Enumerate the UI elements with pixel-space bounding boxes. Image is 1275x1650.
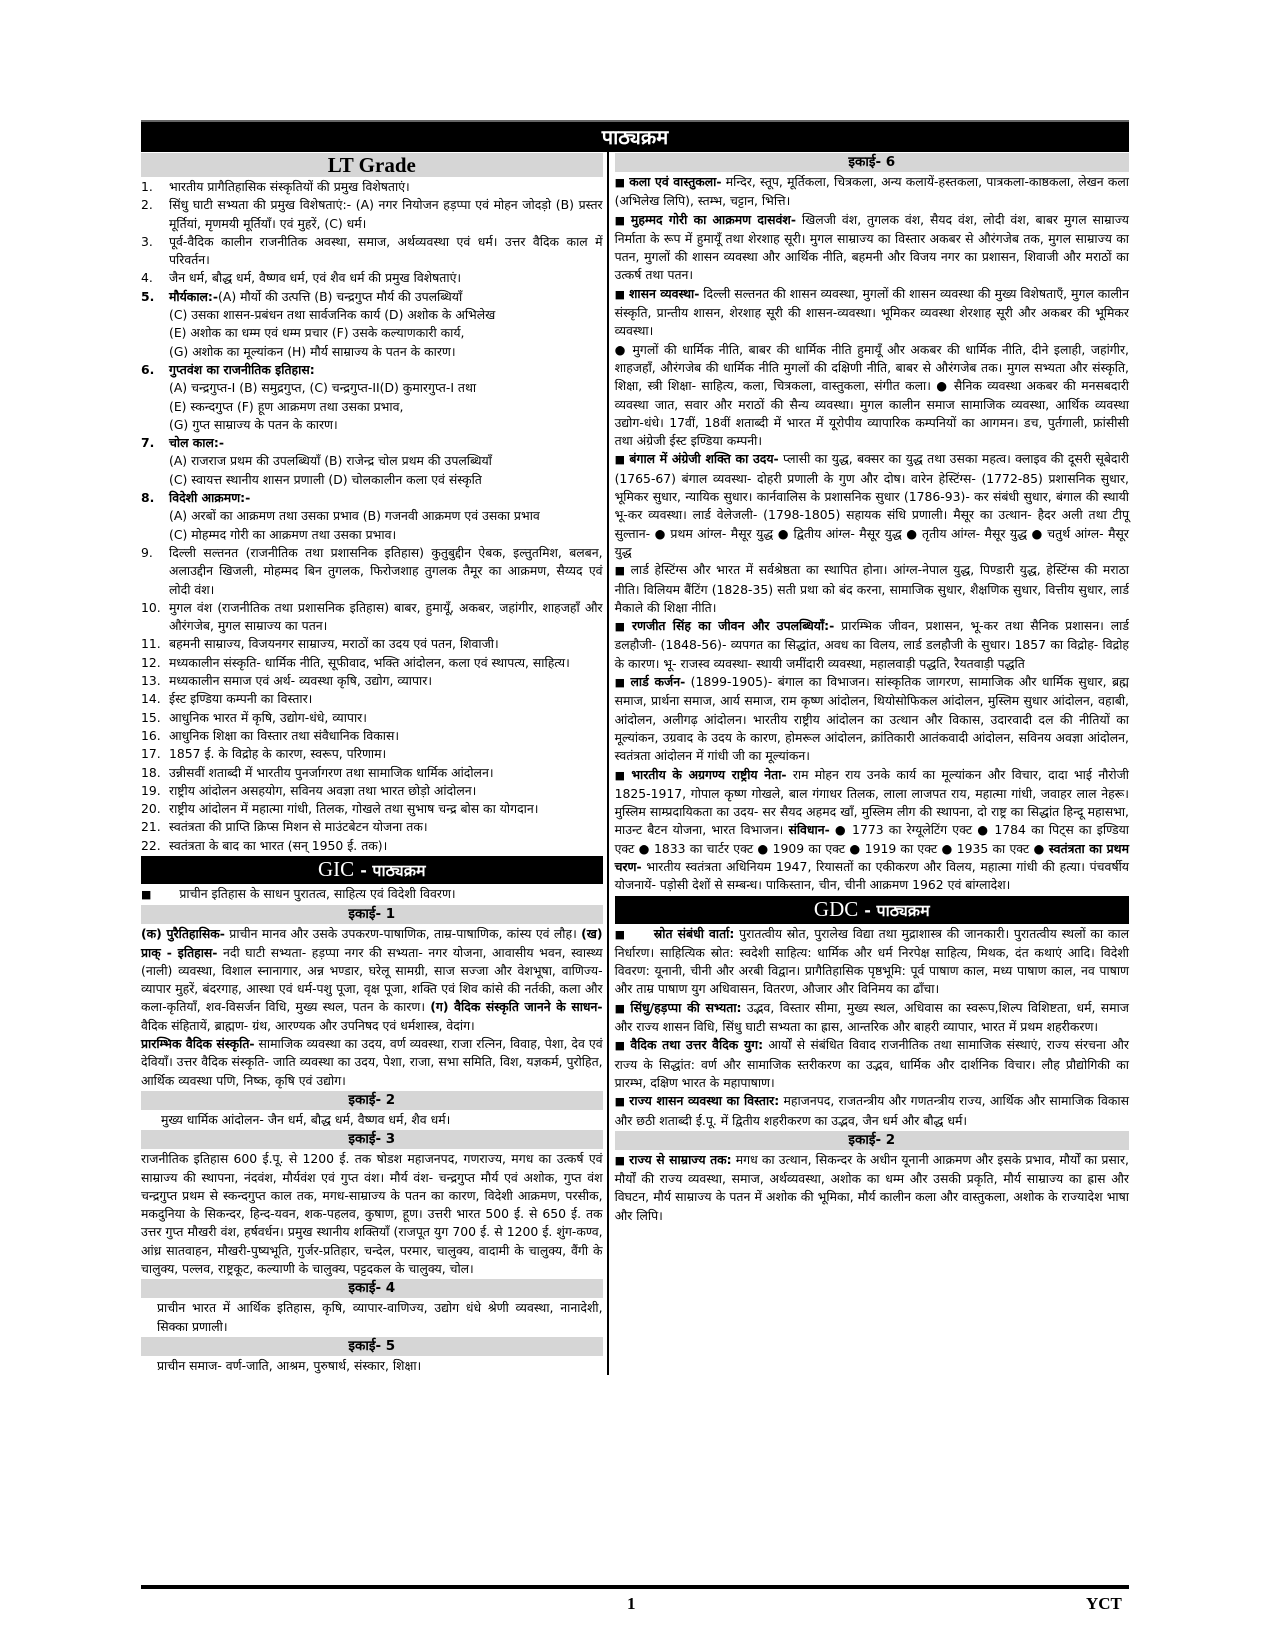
gic-unit2-text: मुख्य धार्मिक आंदोलन- जैन धर्म, बौद्ध धर… [141, 1111, 603, 1129]
item-heading: चोल काल:- [169, 434, 603, 452]
item-number: 17. [141, 745, 169, 763]
list-item: 10.मुगल वंश (राजनीतिक तथा प्रशासनिक इतिह… [141, 599, 603, 636]
para-text: (1899-1905)- बंगाल का विभाजन। सांस्कृतिक… [615, 674, 1129, 763]
square-bullet-icon: ■ [615, 288, 625, 301]
list-item: 21.स्वतंत्रता की प्राप्ति क्रिप्स मिशन स… [141, 818, 603, 836]
bold-term: राज्य शासन व्यवस्था का विस्तार: [629, 1093, 779, 1108]
item-number: 15. [141, 709, 169, 727]
list-item: 4.जैन धर्म, बौद्ध धर्म, वैष्णव धर्म, एवं… [141, 269, 603, 287]
unit-heading: इकाई- 5 [141, 1337, 603, 1356]
item-text: दिल्ली सल्तनत (राजनीतिक तथा प्रशासनिक इत… [169, 544, 603, 599]
item-number: 19. [141, 782, 169, 800]
gic-unit1-para1: (क) पुरैतिहासिक- प्राचीन मानव और उसके उप… [141, 925, 603, 1035]
para-text: वैदिक संहितायें, ब्राह्मण- ग्रंथ, आरण्यक… [141, 1018, 475, 1033]
list-item: 1.भारतीय प्रागैतिहासिक संस्कृतियों की प्… [141, 178, 603, 196]
gdc-block: ■स्रोत संबंधी वार्ता: पुरातत्वीय स्रोत, … [615, 925, 1129, 999]
item-number: 9. [141, 544, 169, 599]
item-number: 5. [141, 288, 169, 306]
gdc-block: ■वैदिक तथा उत्तर वैदिक युग: आर्यों से सं… [615, 1036, 1129, 1092]
item-subline: (C) मोहम्मद गोरी का आक्रमण तथा उसका प्रभ… [141, 526, 603, 544]
item-subline: (A) मौर्यो की उत्पत्ति (B) चन्द्रगुप्त म… [218, 289, 462, 304]
lt-grade-list: 1.भारतीय प्रागैतिहासिक संस्कृतियों की प्… [141, 178, 603, 306]
item-text: राष्ट्रीय आंदोलन में महात्मा गांधी, तिलक… [169, 800, 603, 818]
list-item: 18.उन्नीसवीं शताब्दी में भारतीय पुनर्जाग… [141, 764, 603, 782]
lt-grade-heading: LT Grade [141, 153, 603, 177]
unit-heading: इकाई- 2 [615, 1131, 1129, 1150]
gic-heading: GIC - पाठ्यक्रम [141, 856, 603, 884]
para-text: प्राचीन मानव और उसके उपकरण-पाषाणिक, ताम्… [225, 926, 581, 941]
item-number: 14. [141, 690, 169, 708]
item-text: भारतीय प्रागैतिहासिक संस्कृतियों की प्रम… [169, 178, 603, 196]
square-bullet-icon: ■ [615, 620, 628, 633]
bold-term: सिंधु/हड़प्पा की सभ्यता: [630, 1000, 741, 1015]
list-item: 13.मध्यकालीन समाज एवं अर्थ- व्यवस्था कृष… [141, 672, 603, 690]
item-subline: (C) स्वायत्त स्थानीय शासन प्रणाली (D) चो… [141, 471, 603, 489]
item-number: 21. [141, 818, 169, 836]
footer-divider [141, 1585, 1129, 1589]
lt-grade-list-cont: 7.चोल काल:- [141, 434, 603, 452]
gdc-unit2-block: ■राज्य से साम्राज्य तक: मगध का उत्थान, स… [615, 1151, 1129, 1225]
list-item-chola: 7.चोल काल:- [141, 434, 603, 452]
unit6-block: ■बंगाल में अंग्रेजी शक्ति का उदय- प्लासी… [615, 450, 1129, 561]
item-text: राष्ट्रीय आंदोलन असहयोग, सविनय अवज्ञा तथ… [169, 782, 603, 800]
item-number: 11. [141, 635, 169, 653]
list-item: 17.1857 ई. के विद्रोह के कारण, स्वरूप, प… [141, 745, 603, 763]
list-item: 12.मध्यकालीन संस्कृति- धार्मिक नीति, सूफ… [141, 654, 603, 672]
lt-grade-list-cont: 8.विदेशी आक्रमण:- [141, 489, 603, 507]
lt-grade-list-rest: 9.दिल्ली सल्तनत (राजनीतिक तथा प्रशासनिक … [141, 544, 603, 855]
square-bullet-icon: ■ [615, 1002, 627, 1015]
gic-unit3-text: राजनीतिक इतिहास 600 ई.पू. से 1200 ई. तक … [141, 1150, 603, 1278]
item-number: 2. [141, 196, 169, 233]
gic-intro-text: प्राचीन इतिहास के साधन पुरातत्व, साहित्य… [159, 886, 455, 901]
left-column: LT Grade 1.भारतीय प्रागैतिहासिक संस्कृति… [141, 152, 607, 1375]
unit6-flush-block: ■लार्ड कर्जन- (1899-1905)- बंगाल का विभा… [615, 673, 1129, 765]
item-number: 7. [141, 434, 169, 452]
para-text: प्लासी का युद्ध, बक्सर का युद्ध तथा उसका… [615, 451, 1129, 558]
gic-unit4-text: प्राचीन भारत में आर्थिक इतिहास, कृषि, व्… [141, 1299, 603, 1336]
unit6-leaders-block: ■भारतीय के अग्रगण्य राष्ट्रीय नेता- राम … [615, 766, 1129, 895]
list-item-maurya: 5.मौर्यकाल:-(A) मौर्यो की उत्पत्ति (B) च… [141, 288, 603, 306]
item-number: 6. [141, 361, 169, 379]
gic-title-latin: GIC [318, 857, 354, 881]
item-subline: (E) अशोक का धम्म एवं धम्म प्रचार (F) उसक… [141, 324, 603, 342]
item-heading: विदेशी आक्रमण:- [169, 489, 603, 507]
gdc-title-hindi: - पाठ्यक्रम [864, 901, 929, 920]
square-bullet-icon: ■ [615, 1095, 626, 1108]
item-number: 4. [141, 269, 169, 287]
bold-term: बंगाल में अंग्रेजी शक्ति का उदय- [629, 451, 778, 466]
list-item: 20.राष्ट्रीय आंदोलन में महात्मा गांधी, त… [141, 800, 603, 818]
gdc-block: ■सिंधु/हड़प्पा की सभ्यता: उद्भव, विस्तार… [615, 999, 1129, 1037]
item-number: 8. [141, 489, 169, 507]
square-bullet-icon: ■ [141, 888, 151, 901]
list-item: 2.सिंधु घाटी सभ्यता की प्रमुख विशेषताएं:… [141, 196, 603, 233]
unit6-block: ■शासन व्यवस्था- दिल्ली सल्तनत की शासन व्… [615, 285, 1129, 341]
item-number: 16. [141, 727, 169, 745]
item-text: मध्यकालीन समाज एवं अर्थ- व्यवस्था कृषि, … [169, 672, 603, 690]
bold-term: शासन व्यवस्था- [629, 286, 699, 301]
item-text: ईस्ट इण्डिया कम्पनी का विस्तार। [169, 690, 603, 708]
unit6-block: ■कला एवं वास्तुकला- मन्दिर, स्तूप, मूर्त… [615, 173, 1129, 211]
bold-term: लार्ड कर्जन- [630, 674, 685, 689]
item-number: 18. [141, 764, 169, 782]
unit-heading: इकाई- 4 [141, 1279, 603, 1298]
gic-intro: ■ प्राचीन इतिहास के साधन पुरातत्व, साहित… [141, 885, 603, 904]
unit-heading: इकाई- 2 [141, 1091, 603, 1110]
syllabus-page: पाठ्यक्रम LT Grade 1.भारतीय प्रागैतिहासि… [141, 120, 1129, 1375]
unit6-block: ■मुहम्मद गोरी का आक्रमण दासवंश- खिलजी वं… [615, 211, 1129, 285]
list-item-foreign-invasion: 8.विदेशी आक्रमण:- [141, 489, 603, 507]
list-item: 15.आधुनिक भारत में कृषि, उद्योग-धंधे, व्… [141, 709, 603, 727]
item-text: पूर्व-वैदिक कालीन राजनीतिक अवस्था, समाज,… [169, 233, 603, 270]
unit-heading: इकाई- 1 [141, 905, 603, 924]
gdc-block: ■राज्य शासन व्यवस्था का विस्तार: महाजनपद… [615, 1092, 1129, 1130]
bold-term: कला एवं वास्तुकला- [629, 174, 721, 189]
item-text: जैन धर्म, बौद्ध धर्म, वैष्णव धर्म, एवं श… [169, 269, 603, 287]
unit-heading: इकाई- 6 [615, 153, 1129, 172]
item-subline: (C) उसका शासन-प्रबंधन तथा सार्वजनिक कार्… [141, 306, 603, 324]
item-subline: (A) राजराज प्रथम की उपलब्धियॉं (B) राजेन… [141, 452, 603, 470]
item-number: 13. [141, 672, 169, 690]
item-text: बहमनी साम्राज्य, विजयनगर साम्राज्य, मराठ… [169, 635, 603, 653]
list-item: 14.ईस्ट इण्डिया कम्पनी का विस्तार। [141, 690, 603, 708]
gdc-title-latin: GDC [814, 897, 858, 921]
bold-term: भारतीय के अग्रगण्य राष्ट्रीय नेता- [631, 767, 786, 782]
square-bullet-icon: ■ [615, 928, 626, 941]
bold-term: (ग) वैदिक संस्कृति जानने के साधन- [430, 999, 602, 1014]
gdc-heading: GDC - पाठ्यक्रम [615, 896, 1129, 924]
list-item: 16.आधुनिक शिक्षा का विस्तार तथा संवैधानि… [141, 727, 603, 745]
list-item: 9.दिल्ली सल्तनत (राजनीतिक तथा प्रशासनिक … [141, 544, 603, 599]
bold-term: संविधान- [788, 822, 829, 837]
bold-term: प्रारम्भिक वैदिक संस्कृति- [141, 1036, 255, 1051]
list-item: 22.स्वतंत्रता के बाद का भारत (सन् 1950 ई… [141, 837, 603, 855]
item-text: मुगल वंश (राजनीतिक तथा प्रशासनिक इतिहास)… [169, 599, 603, 636]
item-subline: (G) अशोक का मूल्यांकन (H) मौर्य साम्राज्… [141, 343, 603, 361]
item-number: 12. [141, 654, 169, 672]
list-item: 19.राष्ट्रीय आंदोलन असहयोग, सविनय अवज्ञा… [141, 782, 603, 800]
item-text: उन्नीसवीं शताब्दी में भारतीय पुनर्जागरण … [169, 764, 603, 782]
two-column-layout: LT Grade 1.भारतीय प्रागैतिहासिक संस्कृति… [141, 152, 1129, 1375]
item-text: स्वतंत्रता की प्राप्ति क्रिप्स मिशन से म… [169, 818, 603, 836]
item-text: 1857 ई. के विद्रोह के कारण, स्वरूप, परिण… [169, 745, 603, 763]
bold-term: राज्य से साम्राज्य तक: [629, 1152, 731, 1167]
item-text: स्वतंत्रता के बाद का भारत (सन् 1950 ई. त… [169, 837, 603, 855]
item-text: सिंधु घाटी सभ्यता की प्रमुख विशेषताएं:- … [169, 196, 603, 233]
item-heading: गुप्तवंश का राजनीतिक इतिहास: [169, 361, 603, 379]
gic-title-hindi: - पाठ्यक्रम [360, 861, 425, 880]
item-heading: मौर्यकाल:- [169, 289, 218, 304]
item-subline: (A) चन्द्रगुप्त-I (B) समुद्रगुप्त, (C) च… [141, 379, 603, 397]
bold-term: स्रोत संबंधी वार्ता: [654, 926, 735, 941]
item-number: 10. [141, 599, 169, 636]
square-bullet-icon: ■ [615, 564, 627, 577]
para-text: लार्ड हेस्टिंग्स और भारत में सर्वश्रेष्ठ… [615, 562, 1129, 615]
item-subline: (E) स्कन्दगुप्त (F) हूण आक्रमण तथा उसका … [141, 398, 603, 416]
square-bullet-icon: ■ [615, 453, 626, 466]
list-item-gupta: 6.गुप्तवंश का राजनीतिक इतिहास: [141, 361, 603, 379]
unit6-flush-block: ■रणजीत सिंह का जीवन और उपलब्धियॉं:- प्रा… [615, 617, 1129, 673]
unit6-bullet-para: ● मुगलों की धार्मिक नीति, बाबर की धार्मि… [615, 341, 1129, 451]
square-bullet-icon: ■ [615, 769, 628, 782]
bold-term: रणजीत सिंह का जीवन और उपलब्धियॉं:- [632, 618, 834, 633]
page-number: 1 [627, 1594, 636, 1614]
item-number: 20. [141, 800, 169, 818]
item-text: आधुनिक शिक्षा का विस्तार तथा संवैधानिक व… [169, 727, 603, 745]
square-bullet-icon: ■ [615, 676, 627, 689]
square-bullet-icon: ■ [615, 1154, 626, 1167]
lt-grade-list-cont: 6.गुप्तवंश का राजनीतिक इतिहास: [141, 361, 603, 379]
right-column: इकाई- 6 ■कला एवं वास्तुकला- मन्दिर, स्तू… [607, 152, 1129, 1375]
gic-unit5-text: प्राचीन समाज- वर्ण-जाति, आश्रम, पुरुषार्… [141, 1357, 603, 1375]
item-subline: (A) अरबों का आक्रमण तथा उसका प्रभाव (B) … [141, 507, 603, 525]
bold-term: मुहम्मद गोरी का आक्रमण दासवंश- [631, 212, 796, 227]
gic-unit1-para2: प्रारम्भिक वैदिक संस्कृति- सामाजिक व्यवस… [141, 1035, 603, 1090]
unit-heading: इकाई- 3 [141, 1130, 603, 1149]
list-item: 3.पूर्व-वैदिक कालीन राजनीतिक अवस्था, समा… [141, 233, 603, 270]
square-bullet-icon: ■ [615, 1039, 627, 1052]
bold-term: वैदिक तथा उत्तर वैदिक युग: [630, 1037, 763, 1052]
item-subline: (G) गुप्त साम्राज्य के पतन के कारण। [141, 416, 603, 434]
square-bullet-icon: ■ [615, 176, 626, 189]
unit6-block: ■लार्ड हेस्टिंग्स और भारत में सर्वश्रेष्… [615, 561, 1129, 617]
bold-term: (क) पुरैतिहासिक- [141, 926, 225, 941]
page-title: पाठ्यक्रम [141, 120, 1129, 152]
para-text: भारतीय स्वतंत्रता अधिनियम 1947, रियासतों… [615, 859, 1129, 892]
list-item: 11.बहमनी साम्राज्य, विजयनगर साम्राज्य, म… [141, 635, 603, 653]
publisher-brand: YCT [1086, 1594, 1122, 1614]
item-number: 22. [141, 837, 169, 855]
square-bullet-icon: ■ [615, 214, 627, 227]
item-number: 1. [141, 178, 169, 196]
item-text: आधुनिक भारत में कृषि, उद्योग-धंधे, व्याप… [169, 709, 603, 727]
item-number: 3. [141, 233, 169, 270]
item-text: मध्यकालीन संस्कृति- धार्मिक नीति, सूफीवा… [169, 654, 603, 672]
